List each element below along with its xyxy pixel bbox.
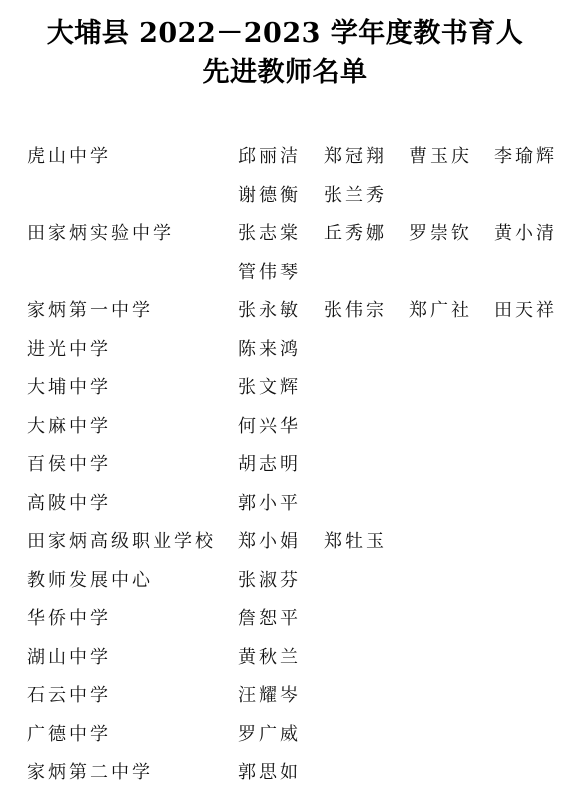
teacher-name: 黄小清 (494, 219, 557, 245)
list-row: 谢德衡 张兰秀 (0, 175, 570, 214)
teacher-name: 郑广社 (409, 296, 472, 322)
teacher-name: 罗崇钦 (409, 219, 472, 245)
teacher-name: 郭小平 (238, 489, 301, 515)
list-row: 田家炳高级职业学校 郑小娟 郑牡玉 (0, 521, 570, 560)
list-row: 家炳第二中学 郭思如 (0, 752, 570, 791)
list-row: 百侯中学 胡志明 (0, 444, 570, 483)
list-row: 大麻中学 何兴华 (0, 406, 570, 445)
teacher-name: 曹玉庆 (409, 142, 472, 168)
teacher-list: 虎山中学 邱丽洁 郑冠翔 曹玉庆 李瑜辉 谢德衡 张兰秀 田家炳实验中学 张志棠… (0, 136, 570, 791)
school-name: 高陂中学 (27, 489, 111, 515)
teacher-name: 谢德衡 (238, 181, 301, 207)
school-name: 湖山中学 (27, 643, 111, 669)
school-name: 广德中学 (27, 720, 111, 746)
list-row: 湖山中学 黄秋兰 (0, 637, 570, 676)
list-row: 高陂中学 郭小平 (0, 483, 570, 522)
teacher-name: 管伟琴 (238, 258, 301, 284)
teacher-name: 张兰秀 (324, 181, 387, 207)
teacher-name: 田天祥 (494, 296, 557, 322)
list-row: 进光中学 陈来鸿 (0, 329, 570, 368)
teacher-name: 郑牡玉 (324, 527, 387, 553)
teacher-name: 郭思如 (238, 758, 301, 784)
school-name: 家炳第二中学 (27, 758, 153, 784)
list-row: 虎山中学 邱丽洁 郑冠翔 曹玉庆 李瑜辉 (0, 136, 570, 175)
list-row: 管伟琴 (0, 252, 570, 291)
list-row: 大埔中学 张文辉 (0, 367, 570, 406)
teacher-name: 陈来鸿 (238, 335, 301, 361)
document-title-line-1: 大埔县 2022－2023 学年度教书育人 (0, 17, 570, 51)
school-name: 百侯中学 (27, 450, 111, 476)
school-name: 大埔中学 (27, 373, 111, 399)
teacher-name: 丘秀娜 (324, 219, 387, 245)
teacher-name: 黄秋兰 (238, 643, 301, 669)
school-name: 虎山中学 (27, 142, 111, 168)
teacher-name: 张志棠 (238, 219, 301, 245)
school-name: 进光中学 (27, 335, 111, 361)
list-row: 广德中学 罗广威 (0, 714, 570, 753)
list-row: 教师发展中心 张淑芬 (0, 560, 570, 599)
list-row: 华侨中学 詹恕平 (0, 598, 570, 637)
school-name: 石云中学 (27, 681, 111, 707)
teacher-name: 汪耀岑 (238, 681, 301, 707)
list-row: 田家炳实验中学 张志棠 丘秀娜 罗崇钦 黄小清 (0, 213, 570, 252)
school-name: 田家炳实验中学 (27, 219, 174, 245)
list-row: 石云中学 汪耀岑 (0, 675, 570, 714)
teacher-name: 郑冠翔 (324, 142, 387, 168)
teacher-name: 张文辉 (238, 373, 301, 399)
school-name: 家炳第一中学 (27, 296, 153, 322)
teacher-name: 胡志明 (238, 450, 301, 476)
school-name: 教师发展中心 (27, 566, 153, 592)
teacher-name: 张伟宗 (324, 296, 387, 322)
teacher-name: 李瑜辉 (494, 142, 557, 168)
teacher-name: 张永敏 (238, 296, 301, 322)
teacher-name: 邱丽洁 (238, 142, 301, 168)
list-row: 家炳第一中学 张永敏 张伟宗 郑广社 田天祥 (0, 290, 570, 329)
teacher-name: 张淑芬 (238, 566, 301, 592)
school-name: 华侨中学 (27, 604, 111, 630)
teacher-name: 詹恕平 (238, 604, 301, 630)
document-title-line-2: 先进教师名单 (0, 56, 570, 90)
school-name: 田家炳高级职业学校 (27, 527, 216, 553)
teacher-name: 何兴华 (238, 412, 301, 438)
school-name: 大麻中学 (27, 412, 111, 438)
teacher-name: 罗广威 (238, 720, 301, 746)
teacher-name: 郑小娟 (238, 527, 301, 553)
